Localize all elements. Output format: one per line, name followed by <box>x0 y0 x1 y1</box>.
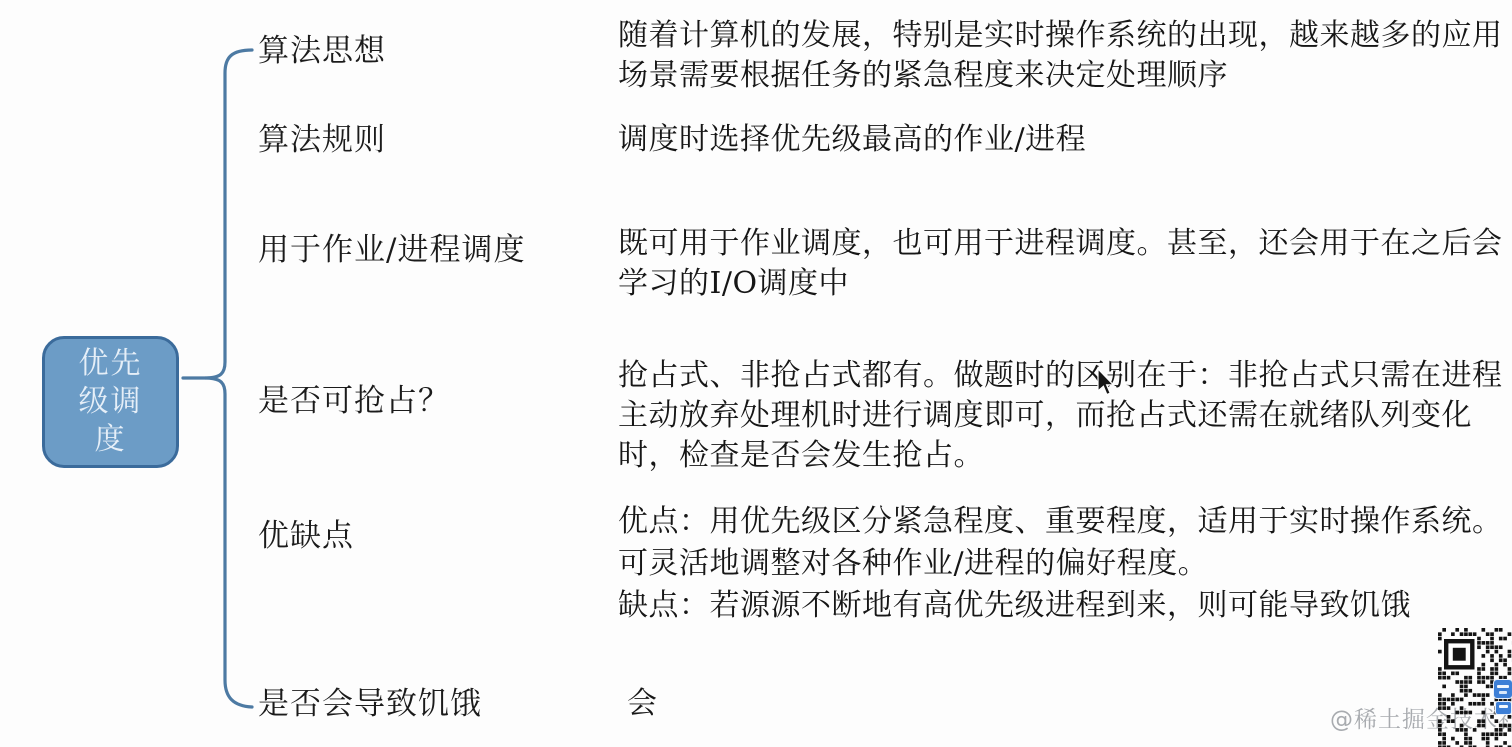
branch-label-algorithm-rule: 算法规则 <box>258 122 386 158</box>
juejin-logo-icon <box>1493 679 1512 699</box>
branch-content-algorithm-rule: 调度时选择优先级最高的作业/进程 <box>618 120 1512 160</box>
root-node-priority-scheduling: 优先 级调 度 <box>42 336 179 468</box>
branch-label-algorithm-idea: 算法思想 <box>258 33 386 69</box>
root-node-line: 优先 <box>79 345 143 383</box>
branch-label-starvation: 是否会导致饥饿 <box>258 686 482 722</box>
cons-text: 缺点：若源源不断地有高优先级进程到来，则可能导致饥饿 <box>618 585 1512 627</box>
branch-label-preemptive: 是否可抢占？ <box>258 383 450 419</box>
pros-text: 优点：用优先级区分紧急程度、重要程度，适用于实时操作系统。可灵活地调整对各种作业… <box>618 501 1512 585</box>
slide-canvas: 优先 级调 度 算法思想 算法规则 用于作业/进程调度 是否可抢占？ 优缺点 是… <box>0 0 1512 747</box>
branch-content-preemptive: 抢占式、非抢占式都有。做题时的区别在于：非抢占式只需在进程主动放弃处理机时进行调… <box>618 356 1512 476</box>
branch-label-job-process-scheduling: 用于作业/进程调度 <box>258 232 525 268</box>
mouse-cursor-icon <box>1096 368 1116 398</box>
branch-content-algorithm-idea: 随着计算机的发展，特别是实时操作系统的出现，越来越多的应用场景需要根据任务的紧急… <box>618 16 1512 96</box>
branch-content-pros-cons: 优点：用优先级区分紧急程度、重要程度，适用于实时操作系统。可灵活地调整对各种作业… <box>618 501 1512 627</box>
juejin-logo-icon <box>1495 701 1512 715</box>
root-node-line: 度 <box>95 421 127 459</box>
branch-content-job-process-scheduling: 既可用于作业调度，也可用于进程调度。甚至，还会用于在之后会学习的I/O调度中 <box>618 224 1512 304</box>
root-node-line: 级调 <box>79 383 143 421</box>
branch-label-pros-cons: 优缺点 <box>258 518 354 554</box>
